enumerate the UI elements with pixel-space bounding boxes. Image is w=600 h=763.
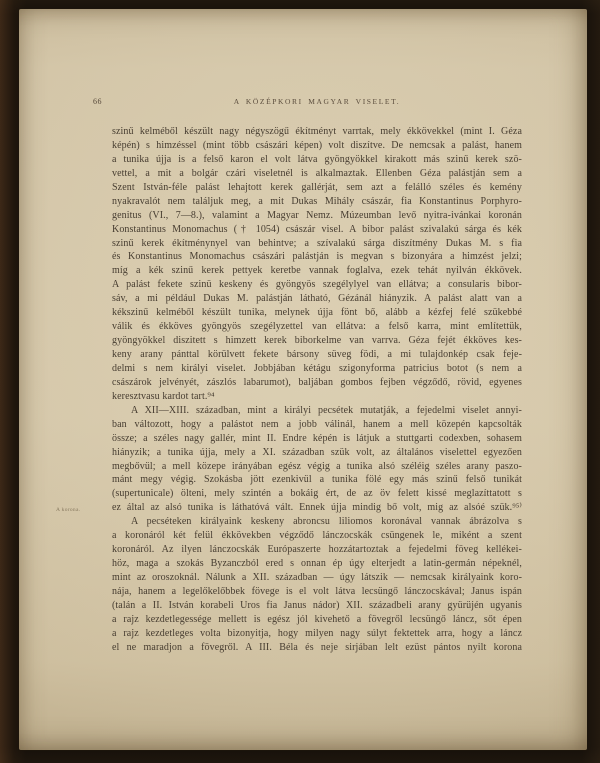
text-line: A XII—XIII. században, mint a királyi pe… xyxy=(112,404,522,418)
text-line: a rajz kezdetleges volta bizonyitja, hog… xyxy=(112,627,522,641)
text-line: vettel, a mit a bolgár czári viseletnél … xyxy=(112,167,522,181)
paragraph: A XII—XIII. században, mint a királyi pe… xyxy=(112,404,522,516)
margin-note: A korona. xyxy=(56,507,80,514)
text-line: megbővül; a mell közepe irányában egész … xyxy=(112,460,522,474)
text-line: mint az oroszoknál. Nálunk a XII. század… xyxy=(112,571,522,585)
text-line: Szent István-féle palást lehajtott kerek… xyxy=(112,181,522,195)
text-line: nyakravalót nem találjuk meg, a mit Duka… xyxy=(112,195,522,209)
text-line: össze; a széles nagy gallér, mint II. En… xyxy=(112,432,522,446)
text-line: császárok jelvényét, zászlós labarumot),… xyxy=(112,376,522,390)
text-line: koronáról. Az ilyen lánczocskák Európasz… xyxy=(112,543,522,557)
text-line: mánt megy végig. Szokásba jött ezenkivül… xyxy=(112,473,522,487)
text-line: kékszinű kelméből készült tunika, melyne… xyxy=(112,306,522,320)
text-line: a rajz kezdetlegessége mellett is egész … xyxy=(112,613,522,627)
text-line: genitus (VI., 7—8.), valamint a Magyar N… xyxy=(112,209,522,223)
text-line: A pecséteken királyaink keskeny abroncsu… xyxy=(112,515,522,529)
running-title: A KÖZÉPKORI MAGYAR VISELET. xyxy=(112,97,522,107)
text-line: ez által az alsó tunika is láthatóvá vál… xyxy=(112,501,522,515)
text-line: szinű kerek ékítménynyel van behintve; a… xyxy=(112,237,522,251)
text-line: képén) s himzéssel (mint több császári k… xyxy=(112,139,522,153)
text-line: Konstantinus Monomachus († 1054) császár… xyxy=(112,223,522,237)
text-line: A palást fekete szinü keskeny és gyöngyö… xyxy=(112,278,522,292)
book-page: 66 A KÖZÉPKORI MAGYAR VISELET. A korona.… xyxy=(19,9,587,750)
text-line: sáv, a mi például Dukas M. palástján lát… xyxy=(112,292,522,306)
text-line: hiányzik; a tunika újja, mely a XI. száz… xyxy=(112,446,522,460)
text-line: szinű kelméből készült nagy négyszögű ék… xyxy=(112,125,522,139)
text-line: válik és ékköves gyöngyös szegélyzettel … xyxy=(112,320,522,334)
page-header: 66 A KÖZÉPKORI MAGYAR VISELET. xyxy=(19,97,587,111)
text-line: és Konstantinus Monomachus császári palá… xyxy=(112,250,522,264)
text-line: a tunika újja is a felső karon el volt l… xyxy=(112,153,522,167)
text-line: a koronáról két felül ékkövekben végződő… xyxy=(112,529,522,543)
text-line: (talán a II. István korabeli Uros fia Ja… xyxy=(112,599,522,613)
text-line: ban változott, hogy a palástot nem a job… xyxy=(112,418,522,432)
text-line: keny arany pánttal körülvett fekete bárs… xyxy=(112,348,522,362)
text-line: míg a kék szinű kerek pettyek keretbe va… xyxy=(112,264,522,278)
text-line: el ne maradjon a fövegről. A III. Béla é… xyxy=(112,641,522,655)
text-line: gyöngyökkel diszitett s himzett kerek bi… xyxy=(112,334,522,348)
text-block: szinű kelméből készült nagy négyszögű ék… xyxy=(112,125,522,655)
paragraph: szinű kelméből készült nagy négyszögű ék… xyxy=(112,125,522,404)
text-line: keresztvasu kardot tart.⁹⁴ xyxy=(112,390,522,404)
text-line: delmi s nem királyi viselet. Jobbjában k… xyxy=(112,362,522,376)
text-line: nája, hanem a legelőkelőbbek fövege is e… xyxy=(112,585,522,599)
text-line: höz, maga a szokás Byzanczból ered s onn… xyxy=(112,557,522,571)
page-number: 66 xyxy=(93,97,102,107)
text-line: (supertunicale) ölteni, mely szintén a b… xyxy=(112,487,522,501)
paragraph: A pecséteken királyaink keskeny abroncsu… xyxy=(112,515,522,654)
